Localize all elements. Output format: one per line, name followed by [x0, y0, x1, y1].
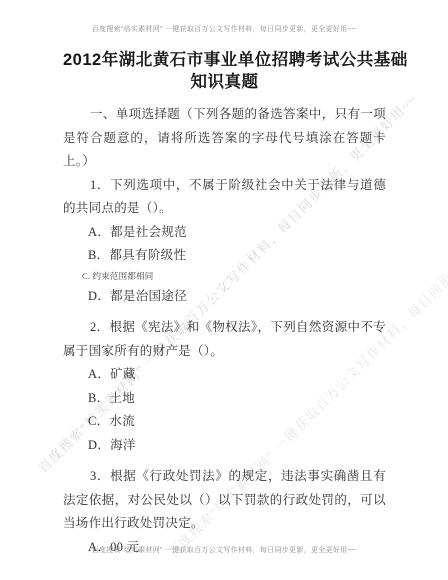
- question-2-option-a: A．矿藏: [63, 363, 386, 387]
- question-1-option-a: A．都是社会规范: [63, 221, 386, 245]
- document-content: 2012年湖北黄石市事业单位招聘考试公共基础 知识真题 一、单项选择题（下列各题…: [0, 0, 448, 559]
- document-title-line1: 2012年湖北黄石市事业单位招聘考试公共基础: [63, 49, 386, 71]
- question-1: 1．下列选项中，不属于阶级社会中关于法律与道德的共同点的是（）。 A．都是社会规…: [63, 174, 386, 309]
- question-3-stem: 3．根据《行政处罚法》的规定，违法事实确凿且有法定依据，对公民处以（）以下罚款的…: [63, 465, 386, 536]
- promo-footer-note: 百度搜索“培实素材网” 一键获取百万公文写作材料，每日同步更新，更全更好用~~: [0, 545, 448, 555]
- question-2-option-d: D．海洋: [63, 434, 386, 458]
- question-2-stem: 2．根据《宪法》和《物权法》，下列自然资源中不专属于国家所有的财产是（）。: [63, 316, 386, 363]
- document-title: 2012年湖北黄石市事业单位招聘考试公共基础 知识真题: [63, 49, 386, 93]
- document-title-line2: 知识真题: [63, 71, 386, 93]
- question-2-option-c: C．水流: [63, 410, 386, 434]
- question-1-option-b: B．都具有阶级性: [63, 244, 386, 268]
- document-page: 百度搜索“培实素材网” 一键获取百万公文写作材料，每日同步更新，更全更好用~~ …: [0, 0, 448, 580]
- question-2: 2．根据《宪法》和《物权法》，下列自然资源中不专属于国家所有的财产是（）。 A．…: [63, 316, 386, 457]
- question-1-stem: 1．下列选项中，不属于阶级社会中关于法律与道德的共同点的是（）。: [63, 174, 386, 221]
- question-1-option-d: D．都是治国途径: [63, 285, 386, 309]
- question-2-option-b: B．土地: [63, 387, 386, 411]
- question-1-option-c: C. 约束范围都相同: [63, 270, 386, 282]
- section-intro: 一、单项选择题（下列各题的备选答案中，只有一项是符合题意的，请将所选答案的字母代…: [63, 103, 386, 174]
